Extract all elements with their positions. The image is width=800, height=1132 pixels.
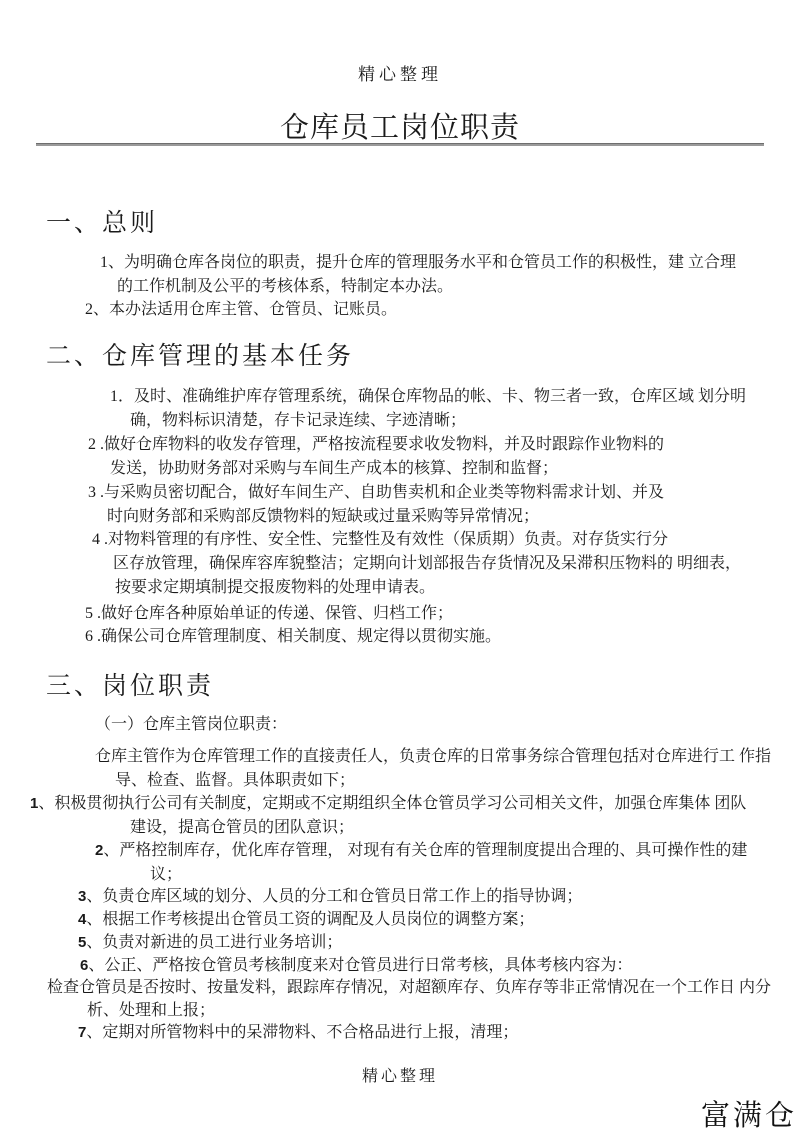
doc-line: 导、检查、监督。具体职责如下； xyxy=(115,770,355,791)
doc-line: 发送，协助财务部对采购与车间生产成本的核算、控制和监督； xyxy=(110,458,558,479)
doc-line: 的工作机制及公平的考核体系，特制定本办法。 xyxy=(117,276,453,297)
doc-line: 按要求定期填制提交报废物料的处理申请表。 xyxy=(115,577,435,598)
section-heading: 二、仓库管理的基本任务 xyxy=(46,336,354,372)
title-underline xyxy=(36,143,764,146)
item-text: 、负责仓库区域的划分、人员的分工和仓管员日常工作上的指导协调； xyxy=(86,888,582,905)
doc-line: 时向财务部和采购部反馈物料的短缺或过量采购等异常情况； xyxy=(107,506,539,527)
doc-line: （一）仓库主管岗位职责： xyxy=(95,714,287,735)
doc-line: 6、公正、严格按仓管员考核制度来对仓管员进行日常考核，具体考核内容为： xyxy=(80,955,632,976)
watermark-brand: 富满仓 xyxy=(701,1093,797,1132)
doc-line: 议； xyxy=(150,864,182,885)
page-title: 仓库员工岗位职责 xyxy=(0,105,800,146)
doc-line: 4、根据工作考核提出仓管员工资的调配及人员岗位的调整方案； xyxy=(78,909,534,930)
doc-line: 2 .做好仓库物料的收发存管理，严格按流程要求收发物料，并及时跟踪作业物料的 xyxy=(88,434,664,455)
item-text: 、根据工作考核提出仓管员工资的调配及人员岗位的调整方案； xyxy=(86,911,534,928)
item-text: 、负责对新进的员工进行业务培训； xyxy=(86,934,342,951)
item-text: 、严格控制库存，优化库存管理， 对现有有关仓库的管理制度提出合理的、具可操作性的… xyxy=(103,842,747,859)
document-page: 精心整理 仓库员工岗位职责 一、总则 1、为明确仓库各岗位的职责，提升仓库的管理… xyxy=(0,0,800,1132)
doc-line: 5 .做好仓库各种原始单证的传递、保管、归档工作； xyxy=(85,603,453,624)
doc-line: 1．及时、准确维护库存管理系统，确保仓库物品的帐、卡、物三者一致，仓库区域 划分… xyxy=(110,386,746,407)
doc-line: 5、负责对新进的员工进行业务培训； xyxy=(78,932,342,953)
item-text: 、公正、严格按仓管员考核制度来对仓管员进行日常考核，具体考核内容为： xyxy=(88,957,632,974)
item-text: 、定期对所管物料中的呆滞物料、不合格品进行上报，清理； xyxy=(86,1024,518,1041)
doc-line: 2、本办法适用仓库主管、仓管员、记账员。 xyxy=(85,299,397,320)
section-heading: 三、岗位职责 xyxy=(46,666,214,702)
item-text: 、积极贯彻执行公司有关制度，定期或不定期组织全体仓管员学习公司相关文件，加强仓库… xyxy=(38,795,746,812)
doc-line: 确，物料标识清楚，存卡记录连续、字迹清晰； xyxy=(130,410,466,431)
doc-line: 7、定期对所管物料中的呆滞物料、不合格品进行上报，清理； xyxy=(78,1022,518,1043)
doc-line: 6 .确保公司仓库管理制度、相关制度、规定得以贯彻实施。 xyxy=(85,626,501,647)
doc-line: 3、负责仓库区域的划分、人员的分工和仓管员日常工作上的指导协调； xyxy=(78,886,582,907)
section-heading: 一、总则 xyxy=(46,203,158,239)
page-footer-text: 精心整理 xyxy=(0,1063,800,1086)
doc-line: 1、积极贯彻执行公司有关制度，定期或不定期组织全体仓管员学习公司相关文件，加强仓… xyxy=(30,793,746,814)
doc-line: 析、处理和上报； xyxy=(87,1000,215,1021)
doc-line: 3 .与采购员密切配合，做好车间生产、自助售卖机和企业类等物料需求计划、并及 xyxy=(88,482,664,503)
doc-line: 区存放管理，确保库容库貌整洁；定期向计划部报告存货情况及呆滞积压物料的 明细表， xyxy=(113,553,741,574)
doc-line: 建设，提高仓管员的团队意识； xyxy=(130,817,354,838)
page-header-text: 精心整理 xyxy=(0,60,800,85)
doc-line: 1、为明确仓库各岗位的职责，提升仓库的管理服务水平和仓管员工作的积极性，建 立合… xyxy=(100,252,736,273)
doc-line: 2、严格控制库存，优化库存管理， 对现有有关仓库的管理制度提出合理的、具可操作性… xyxy=(95,840,747,861)
doc-line: 检查仓管员是否按时、按量发料，跟踪库存情况，对超额库存、负库存等非正常情况在一个… xyxy=(47,977,771,998)
doc-line: 仓库主管作为仓库管理工作的直接责任人，负责仓库的日常事务综合管理包括对仓库进行工… xyxy=(95,746,771,767)
doc-line: 4 .对物料管理的有序性、安全性、完整性及有效性（保质期）负责。对存货实行分 xyxy=(92,529,668,550)
